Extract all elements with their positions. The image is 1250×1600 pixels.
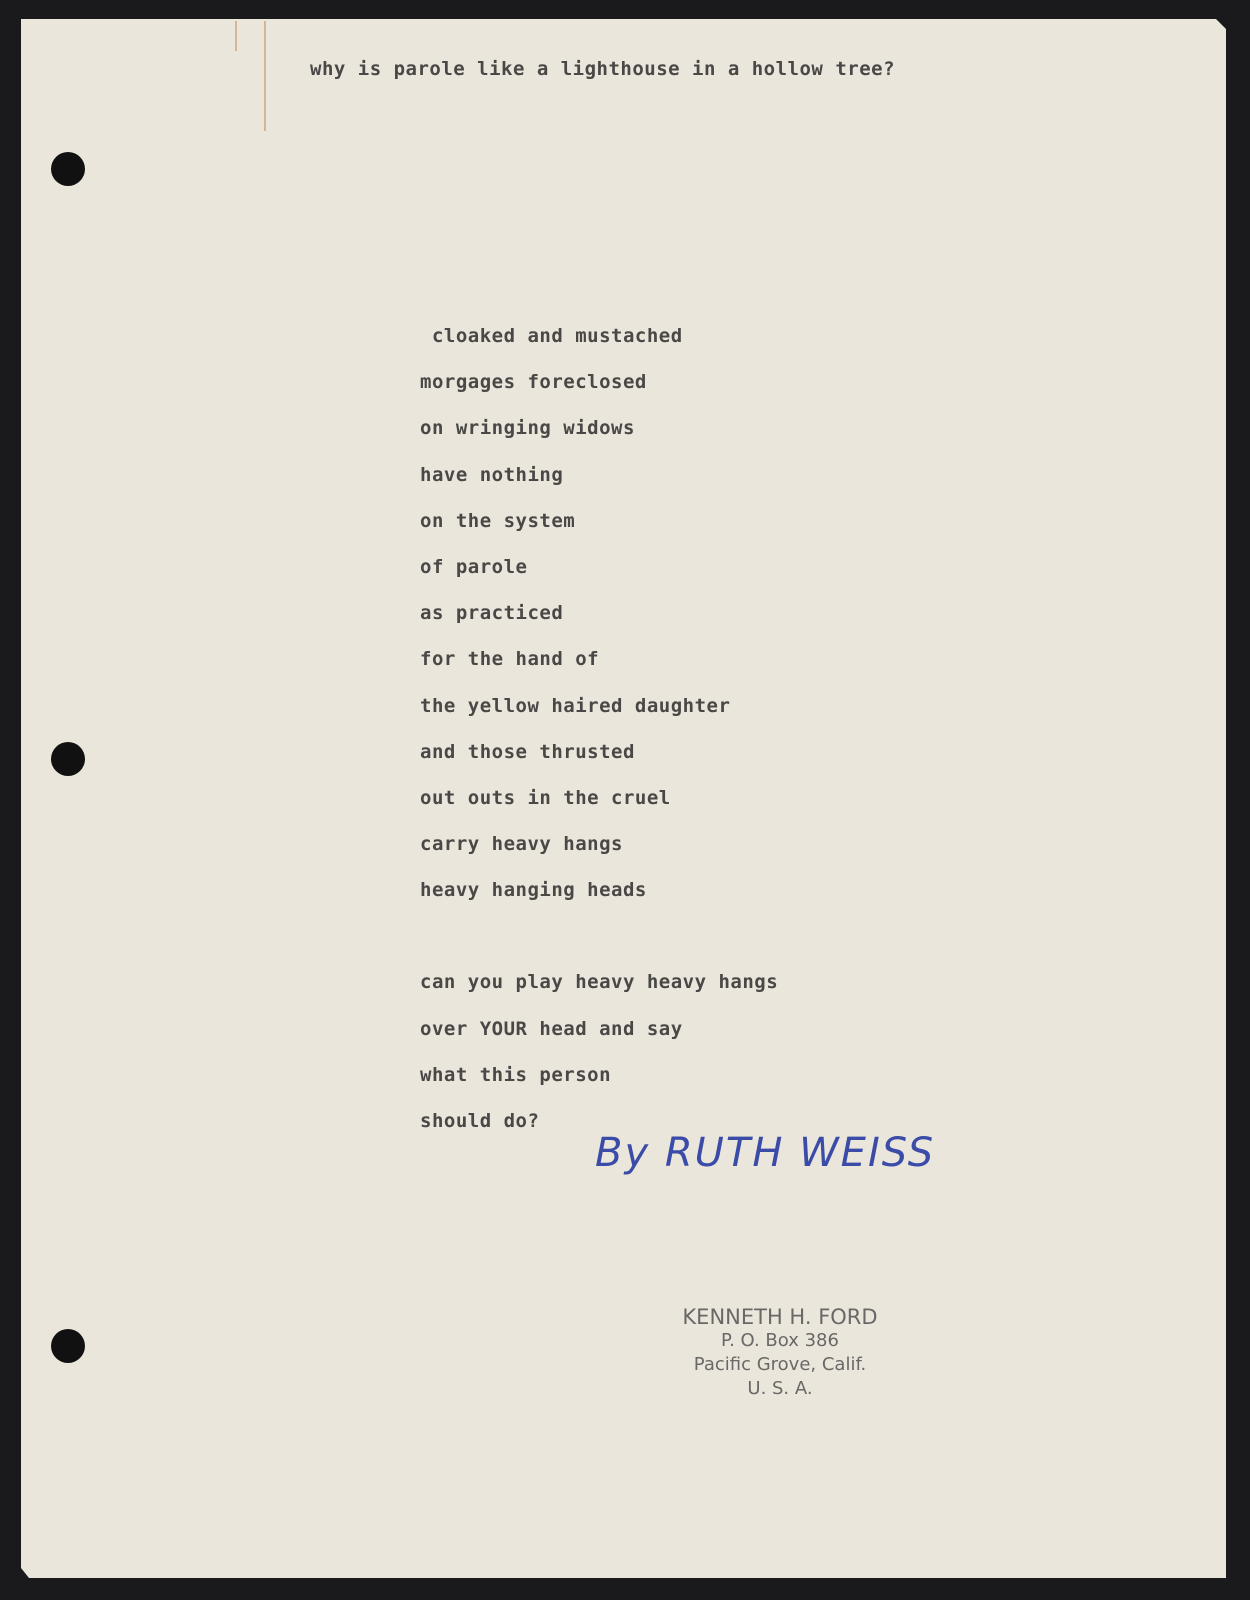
poem-line: out outs in the cruel (420, 787, 671, 809)
poem-line: on wringing widows (420, 417, 635, 439)
punch-hole-bottom (51, 1329, 85, 1363)
poem-line: on the system (420, 510, 575, 532)
poem-line: heavy hanging heads (420, 879, 647, 901)
stamp-name: KENNETH H. FORD (650, 1305, 910, 1329)
poem-title: why is parole like a lighthouse in a hol… (310, 58, 895, 80)
stamp-country: U. S. A. (650, 1377, 910, 1401)
poem-line: carry heavy hangs (420, 833, 623, 855)
poem-line: the yellow haired daughter (420, 695, 730, 717)
poem-line: can you play heavy heavy hangs (420, 971, 778, 993)
poem-line: what this person (420, 1064, 611, 1086)
handwritten-signature: By RUTH WEISS (595, 1130, 935, 1176)
poem-line: and those thrusted (420, 741, 635, 763)
poem-line: cloaked and mustached (420, 325, 683, 347)
address-stamp: KENNETH H. FORD P. O. Box 386 Pacific Gr… (650, 1305, 910, 1401)
poem-line: have nothing (420, 464, 563, 486)
punch-hole-middle (51, 742, 85, 776)
poem-line: morgages foreclosed (420, 371, 647, 393)
poem-line: for the hand of (420, 648, 599, 670)
poem-line: over YOUR head and say (420, 1018, 683, 1040)
stamp-box: P. O. Box 386 (650, 1329, 910, 1353)
stain-mark (235, 21, 237, 51)
stain-mark (264, 21, 266, 131)
poem-line: should do? (420, 1110, 539, 1132)
poem-line: as practiced (420, 602, 563, 624)
punch-hole-top (51, 152, 85, 186)
poem-line: of parole (420, 556, 527, 578)
stamp-city: Pacific Grove, Calif. (650, 1353, 910, 1377)
